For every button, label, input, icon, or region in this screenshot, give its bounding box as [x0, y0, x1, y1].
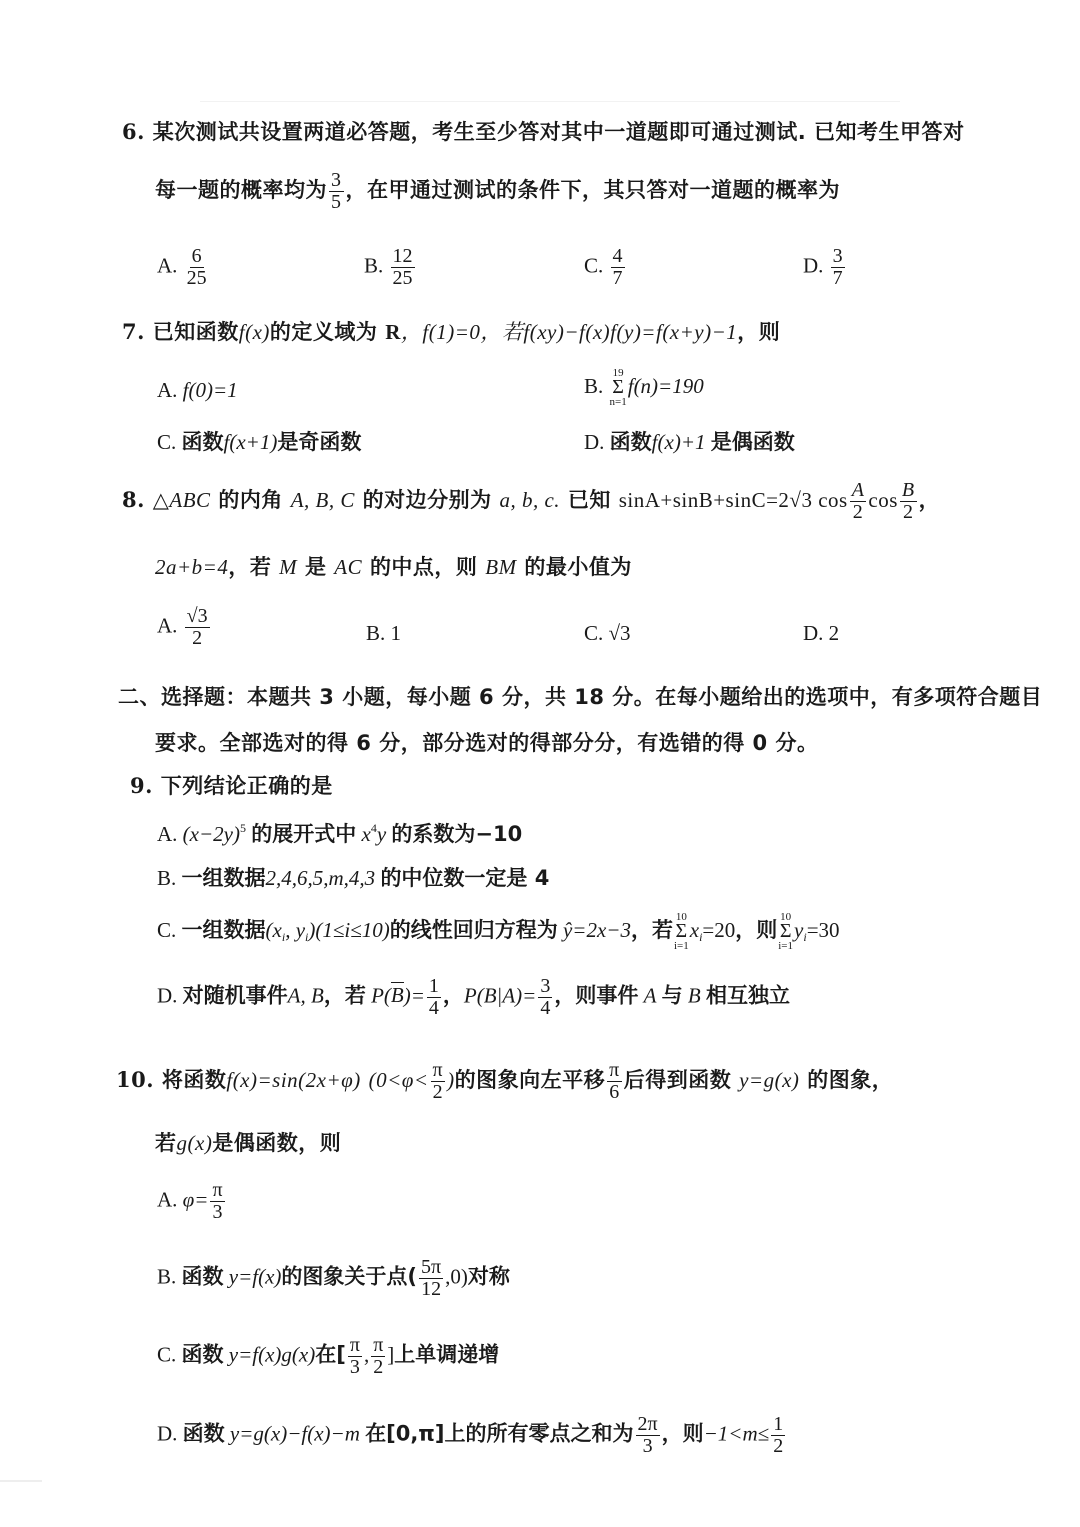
q6-line1: 6. 某次测试共设置两道必答题，考生至少答对其中一道题即可通过测试. 已知考生甲… — [122, 121, 965, 143]
q10-line2: 若g(x)是偶函数，则 — [155, 1132, 341, 1154]
q9-number: 9. — [130, 773, 153, 798]
summation: 10Σi=1 — [674, 912, 689, 952]
q6-option-a[interactable]: A. 625 — [157, 246, 211, 289]
q9-option-b[interactable]: B. 一组数据2,4,6,5,m,4,3 的中位数一定是 4 — [157, 868, 549, 889]
q9-option-c[interactable]: C. 一组数据(xi, yi)(1≤i≤10)的线性回归方程为 ŷ=2x−3，若… — [157, 912, 840, 952]
q8-option-b[interactable]: B. 1 — [366, 623, 401, 644]
q6-option-c[interactable]: C. 47 — [584, 246, 627, 289]
q7-number: 7. — [122, 319, 145, 344]
q8-option-c[interactable]: C. √3 — [584, 623, 631, 644]
q8-frac-b: B2 — [900, 480, 917, 523]
q9-option-d[interactable]: D. 对随机事件A, B，若 P(B)=14，P(B|A)=34，则事件 A 与… — [157, 976, 790, 1019]
summation: 10Σi=1 — [778, 912, 793, 952]
q6-option-b[interactable]: B. 1225 — [364, 246, 417, 289]
section2-heading-line2: 要求。全部选对的得 6 分，部分选对的得部分分，有选错的得 0 分。 — [155, 732, 818, 754]
q6-stem-line1: 某次测试共设置两道必答题，考生至少答对其中一道题即可通过测试. 已知考生甲答对 — [153, 120, 965, 144]
q8-frac-a: A2 — [850, 480, 867, 523]
q7-option-c[interactable]: C. 函数f(x+1)是奇函数 — [157, 432, 361, 453]
q10-option-a[interactable]: A. φ=π3 — [157, 1180, 227, 1223]
q10-option-d[interactable]: D. 函数 y=g(x)−f(x)−m 在[0,π]上的所有零点之和为2π3，则… — [157, 1414, 787, 1457]
q7-option-b[interactable]: B. 19Σn=1f(n)=190 — [584, 368, 704, 408]
q8-number: 8. — [122, 487, 145, 512]
q6-line2: 每一题的概率均为35，在甲通过测试的条件下，其只答对一道题的概率为 — [155, 170, 840, 213]
q8-line2: 2a+b=4，若 M 是 AC 的中点，则 BM 的最小值为 — [155, 556, 632, 578]
scan-artifact — [0, 1480, 42, 1482]
section2-heading-line1: 二、选择题：本题共 3 小题，每小题 6 分，共 18 分。在每小题给出的选项中… — [118, 686, 1042, 708]
q10-option-c[interactable]: C. 函数 y=f(x)g(x)在[π3,π2]上单调递增 — [157, 1335, 499, 1378]
summation: 19Σn=1 — [610, 368, 627, 408]
q6-fraction: 35 — [329, 170, 344, 213]
q6-stem-line2-post: ，在甲通过测试的条件下，其只答对一道题的概率为 — [346, 178, 841, 202]
q8-option-a[interactable]: A. √32 — [157, 606, 212, 649]
q7-option-a[interactable]: A. f(0)=1 — [157, 380, 238, 401]
q10-number: 10. — [116, 1067, 154, 1092]
q6-option-d[interactable]: D. 37 — [803, 246, 847, 289]
q10-option-b[interactable]: B. 函数 y=f(x)的图象关于点(5π12,0)对称 — [157, 1257, 510, 1300]
q9-option-a[interactable]: A. (x−2y)5 的展开式中 x4y 的系数为−10 — [157, 822, 522, 845]
q8-option-d[interactable]: D. 2 — [803, 623, 839, 644]
scan-artifact — [200, 101, 900, 102]
q8-line1: 8. △ABC 的内角 A, B, C 的对边分别为 a, b, c. 已知 s… — [122, 480, 940, 523]
q6-stem-line2-pre: 每一题的概率均为 — [155, 178, 327, 202]
q7-option-d[interactable]: D. 函数f(x)+1 是偶函数 — [584, 432, 795, 453]
q9-stem: 9. 下列结论正确的是 — [130, 775, 333, 797]
q6-number: 6. — [122, 119, 145, 144]
q10-line1: 10. 将函数f(x)=sin(2x+φ) (0<φ<π2)的图象向左平移π6后… — [116, 1060, 893, 1103]
q7-stem: 7. 已知函数f(x)的定义域为 R，f(1)=0，若f(xy)−f(x)f(y… — [122, 321, 780, 343]
